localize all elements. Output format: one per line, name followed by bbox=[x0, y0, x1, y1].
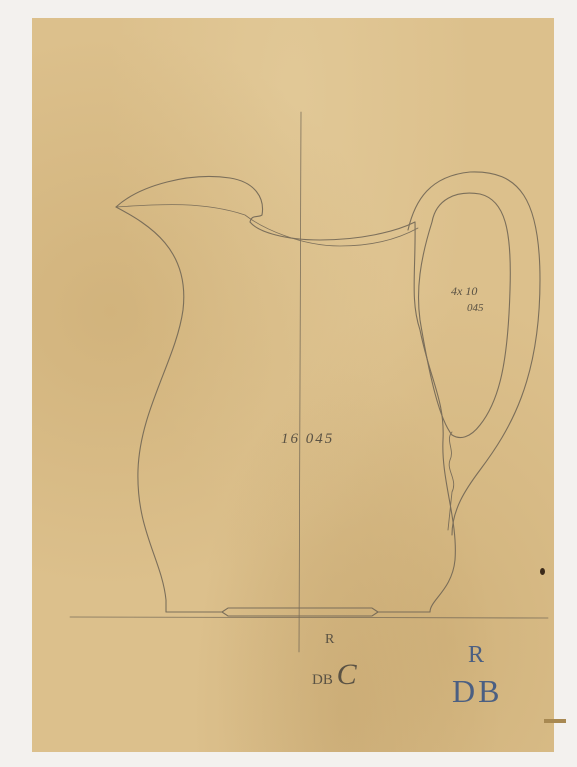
body-measurement-note: 16 045 bbox=[281, 432, 334, 447]
pencil-initials-db: DB C bbox=[312, 660, 357, 690]
pitcher-drawing bbox=[0, 0, 577, 767]
handle-attachment bbox=[448, 432, 454, 530]
handle-measurement-note-2: 045 bbox=[467, 303, 484, 314]
handle-inner bbox=[419, 193, 511, 437]
center-axis-line bbox=[299, 112, 301, 652]
tape-mark bbox=[544, 719, 566, 723]
pencil-initials-db-text: DB bbox=[312, 672, 333, 688]
pencil-initial-r: R bbox=[325, 633, 334, 647]
blue-initial-r: R bbox=[468, 643, 484, 667]
handle-measurement-note-1: 4x 10 bbox=[451, 285, 477, 297]
baseline bbox=[70, 617, 548, 618]
ink-stain bbox=[540, 568, 545, 575]
body-right-outline bbox=[414, 222, 455, 612]
check-mark: C bbox=[337, 658, 357, 691]
blue-initials-db: DB bbox=[452, 675, 502, 707]
spout-inner bbox=[116, 205, 418, 246]
handle-outer bbox=[408, 172, 540, 535]
body-left-outline bbox=[116, 207, 184, 612]
foot-outline bbox=[222, 608, 378, 616]
spout-outline bbox=[116, 177, 415, 240]
